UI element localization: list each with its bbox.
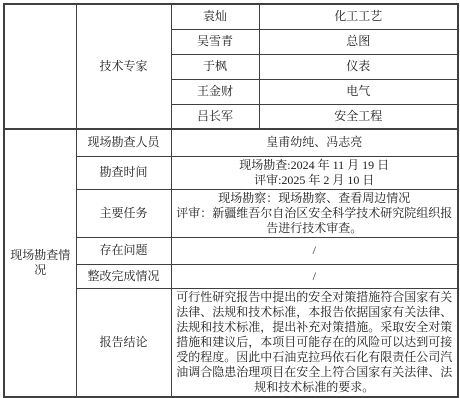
expert-specialty-2: 仪表 [259,54,458,79]
expert-specialty-0: 化工工艺 [259,4,458,29]
survey-time-label: 勘查时间 [76,156,171,189]
section-label: 现场勘查情况 [4,129,76,397]
main-tasks-label: 主要任务 [76,189,171,237]
report-conclusion-label: 报告结论 [76,288,171,397]
expert-specialty-1: 总图 [259,29,458,54]
rectification-status-value: / [171,264,458,288]
expert-name-3: 王金财 [171,79,259,104]
existing-problems-value: / [171,237,458,264]
expert-name-0: 袁灿 [171,4,259,29]
survey-time-value: 现场勘查:2024 年 11 月 19 日 评审:2025 年 2 月 10 日 [171,156,458,189]
rectification-status-label: 整改完成情况 [76,264,171,288]
expert-name-4: 吕长军 [171,104,259,129]
report-conclusion-value: 可行性研究报告中提出的安全对策措施符合国家有关法律、法规和技术标准，本报告依据国… [171,288,458,397]
expert-specialty-3: 电气 [259,79,458,104]
main-tasks-value: 现场勘察：现场勘察、查看周边情况 评审：新疆维吾尔自治区安全科学技术研究院组织报… [171,189,458,237]
existing-problems-label: 存在问题 [76,237,171,264]
survey-personnel-value: 皇甫幼纯、冯志亮 [171,129,458,156]
experts-group-label: 技术专家 [76,4,171,129]
site-survey-table: 技术专家 袁灿 化工工艺 吴雪青 总图 于枫 仪表 王金财 电气 吕长军 安全工… [3,3,459,398]
corner-empty-cell [4,4,76,129]
expert-name-1: 吴雪青 [171,29,259,54]
expert-specialty-4: 安全工程 [259,104,458,129]
expert-name-2: 于枫 [171,54,259,79]
survey-personnel-label: 现场勘查人员 [76,129,171,156]
